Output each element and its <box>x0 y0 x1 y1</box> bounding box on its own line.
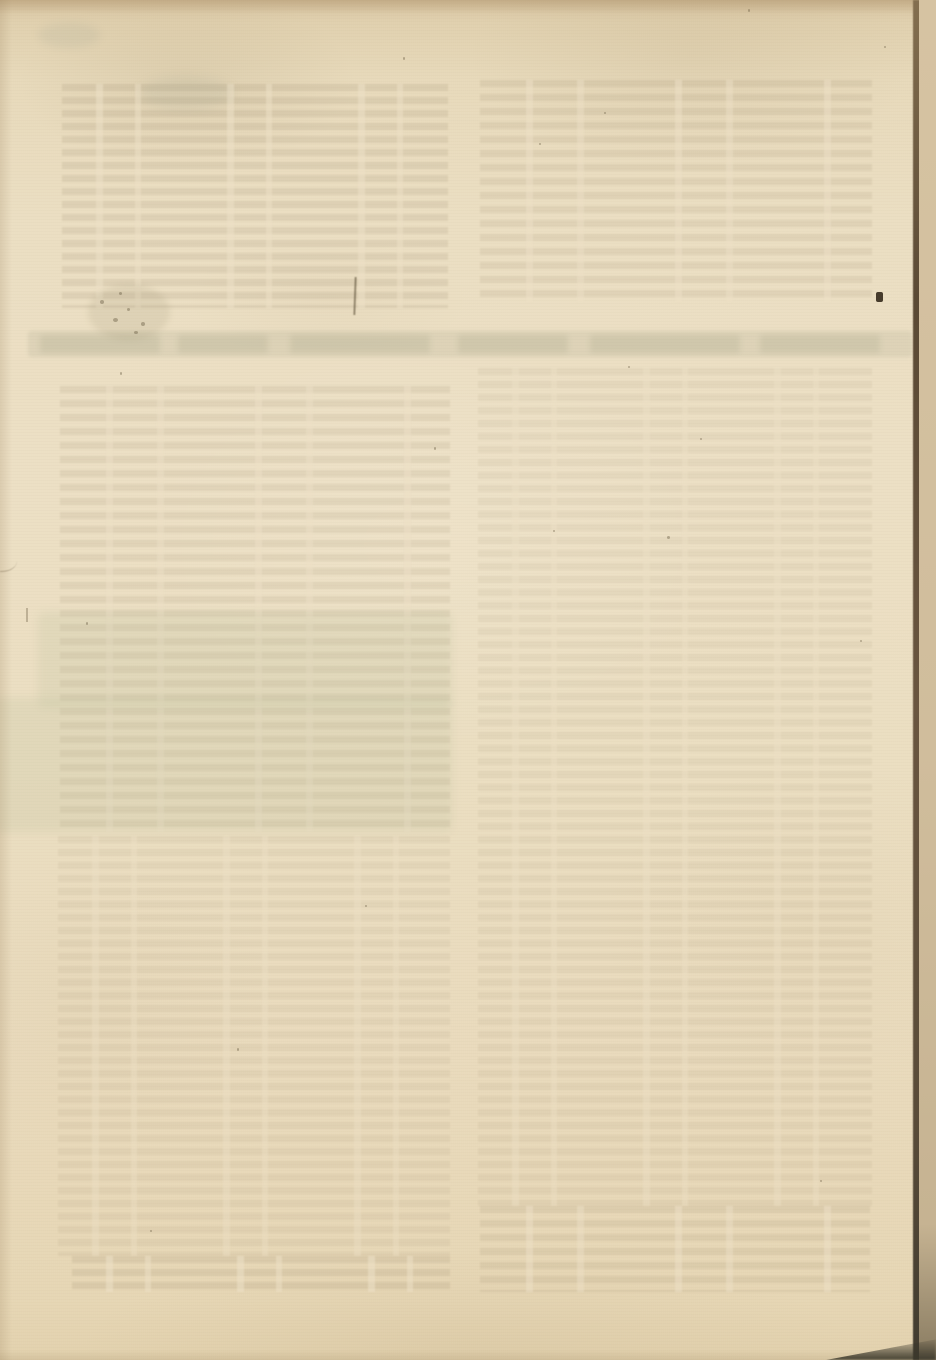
upper-left-smudge <box>140 76 232 110</box>
faded-headline-word <box>178 335 268 353</box>
speck <box>113 318 118 322</box>
speck <box>100 300 104 304</box>
left-edge-shade <box>0 0 12 1360</box>
faded-headline-word <box>760 335 880 353</box>
left-column-last-lines <box>72 1256 450 1292</box>
speck <box>365 905 367 907</box>
top-left-smudge <box>38 22 100 48</box>
left-column-lower-text <box>58 836 450 1256</box>
faded-headline-word <box>290 335 430 353</box>
thin-stroke-mark <box>353 277 356 315</box>
speck <box>604 112 606 114</box>
faded-headline-word <box>458 335 568 353</box>
speck <box>127 308 130 311</box>
speck <box>403 57 405 60</box>
speck <box>141 322 145 326</box>
right-column-main-text <box>478 368 872 1206</box>
left-column-middle-text <box>60 386 450 832</box>
speck <box>553 530 555 532</box>
speck <box>86 622 88 625</box>
left-column-top-text <box>62 84 448 308</box>
small-dash-mark <box>26 608 28 622</box>
speck <box>237 1048 239 1051</box>
speck <box>700 438 702 440</box>
bottom-edge-shade <box>0 1350 936 1360</box>
right-column-last-lines <box>480 1206 870 1292</box>
faded-headline-word <box>590 335 740 353</box>
right-column-top-text <box>480 80 872 302</box>
ink-spot <box>876 292 883 302</box>
speck <box>119 292 122 295</box>
speck <box>539 143 541 145</box>
speck <box>434 447 436 450</box>
speck <box>860 640 862 642</box>
scanned-page: Paper heavily yellowed and foxed; all pr… <box>0 0 936 1360</box>
speck <box>667 536 670 539</box>
speck <box>150 1230 152 1232</box>
speck <box>820 1180 822 1182</box>
discoloration-patch-upper <box>38 612 452 708</box>
speck <box>628 366 630 368</box>
paper-grain <box>0 0 936 1360</box>
right-page-edge-strip <box>919 0 936 1360</box>
paper-mottling <box>0 0 936 1360</box>
speck <box>120 372 122 375</box>
top-edge-shade <box>0 0 936 14</box>
speck <box>884 46 886 48</box>
faded-headline-band <box>28 331 912 357</box>
faded-headline-word <box>40 335 160 353</box>
discoloration-patch-lower <box>0 698 452 832</box>
